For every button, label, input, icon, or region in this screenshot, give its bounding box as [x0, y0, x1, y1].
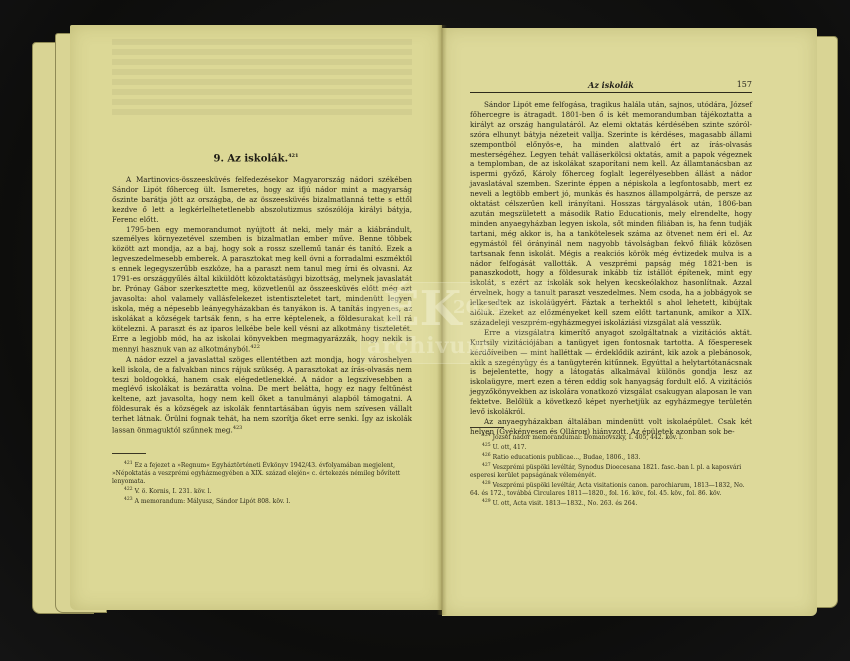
footnote: 427Veszprémi püspöki levéltár, Synodus D… — [470, 462, 752, 480]
footnote: 424József nádor memorandumai: Domanovszk… — [470, 432, 752, 442]
chapter-title-text: 9. Az iskolák. — [214, 153, 289, 164]
footnote: 421Ez a fejezet a »Regnum« Egyháztörténe… — [112, 460, 412, 486]
right-footnotes: 424József nádor memorandumai: Domanovszk… — [470, 432, 752, 508]
bleed-through-text — [112, 39, 412, 119]
footnote-divider — [470, 427, 504, 428]
book-gutter — [437, 25, 447, 615]
left-body-text: A Martinovics-összeesküvés felfedezéseko… — [112, 175, 412, 435]
left-page: 9. Az iskolák.421 A Martinovics-összeesk… — [70, 25, 442, 610]
left-footnotes: 421Ez a fejezet a »Regnum« Egyháztörténe… — [112, 460, 412, 506]
paragraph: Sándor Lipót eme felfogása, tragikus hal… — [470, 100, 752, 328]
running-head-title: Az iskolák — [470, 80, 752, 90]
footnote: 422V. ö. Kornis, I. 231. köv. l. — [112, 486, 412, 496]
footnote: 426Ratio educationis publicae..., Budae,… — [470, 452, 752, 462]
footnote-divider — [112, 453, 146, 454]
footnote-ref: 422 — [250, 344, 260, 350]
running-head: Az iskolák 157 — [470, 80, 752, 93]
footnote: 429U. ott, Acta visit. 1813—1832., No. 2… — [470, 498, 752, 508]
paragraph: 1795-ben egy memorandumot nyújtott át ne… — [112, 225, 412, 355]
right-body-text: Sándor Lipót eme felfogása, tragikus hal… — [470, 100, 752, 437]
paragraph: A nádor ezzel a javaslattal szöges ellen… — [112, 355, 412, 436]
paragraph: A Martinovics-összeesküvés felfedezéseko… — [112, 175, 412, 225]
page-number: 157 — [737, 80, 752, 89]
footnote-ref: 423 — [233, 425, 243, 431]
right-page: Az iskolák 157 Sándor Lipót eme felfogás… — [442, 28, 817, 616]
footnote: 423A memorandum: Mályusz, Sándor Lipót 8… — [112, 496, 412, 506]
paragraph: Erre a vizsgálatra kimerítő anyagot szol… — [470, 328, 752, 417]
chapter-title: 9. Az iskolák.421 — [70, 153, 442, 164]
footnote: 425U. ott, 417. — [470, 442, 752, 452]
footnote-ref: 421 — [288, 153, 298, 159]
footnote: 428Veszprémi püspöki levéltár, Acta visi… — [470, 480, 752, 498]
